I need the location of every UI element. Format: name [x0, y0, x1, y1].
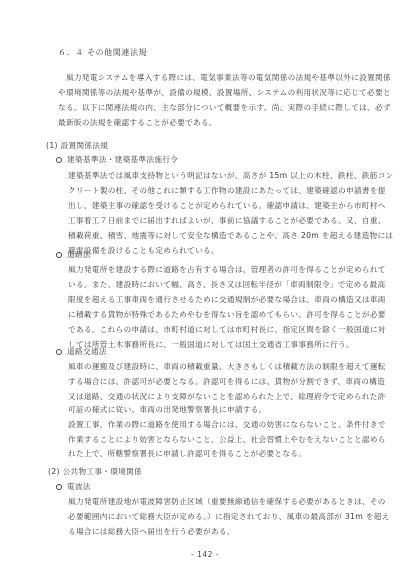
item-line: に積載する貨物が特殊であるためやむを得ない旨を認めてもらい、許可を得ることが必要: [68, 310, 386, 320]
item-line: 可証の様式に従い、車両の出発地警察署長に申請する。: [68, 405, 267, 415]
intro-line: なる。以下に関連法規の内、主な部分について概要を示す。尚、実際の手続に際しては、…: [58, 103, 391, 113]
item-line: 風車の運搬及び建設時に、車両の積載重量、大きさもしくは積載方法の制限を超えて運転: [68, 362, 386, 372]
item-line: 作業することにより妨害とならないこと、公益上、社会習慣上やむをえないことと認めら: [68, 435, 386, 445]
item-title: 道路法: [56, 250, 91, 260]
item-title: 電波法: [56, 482, 91, 492]
item-line: 建築基準法では風車支持物という明記はないが、高さが 15m 以上の木柱、鉄柱、鉄…: [68, 171, 394, 181]
item-line: 必要範囲内において総務大臣が定める。）に指定されており、風車の最高部が 31m …: [68, 512, 390, 522]
item-line: 設置工事、作業の際に道路を使用する場合には、交通の妨害にならないこと、条件付きで: [68, 420, 386, 430]
item-line: 風力発電所建設地が電波障害防止区域（重要無線通信を確保する必要があるときは、その: [68, 497, 386, 507]
item-line: る場合には総務大臣へ届出を行う必要がある。: [68, 527, 235, 537]
item-title: 建築基準法・建築基準法施行令: [56, 155, 178, 165]
item-line: 限度を超える工事車両を通行させるために交通規制が必要な場合は、車両の構造又は車両: [68, 295, 386, 305]
circle-bullet-icon: [56, 157, 62, 163]
subsection-heading: (1) 設置関係法規: [46, 141, 108, 151]
item-line: れた上で、所轄警察署長に申請し許認可を得ることが必要となる。: [68, 449, 306, 459]
item-line: 出し、建築主事の確認を受けることが定められている。確認申請は、建築主から市町村へ: [68, 201, 386, 211]
circle-bullet-icon: [56, 252, 62, 258]
section-title: ６．４ その他関連法規: [58, 48, 147, 58]
subsection-heading: (2) 公共物工事・環境関係: [48, 467, 142, 477]
intro-line: や環境関係等の法規や基準が、設備の規模、設置場所、システムの利用状況等に応じて必…: [58, 88, 391, 98]
circle-bullet-icon: [56, 484, 62, 490]
intro-line: 最新版の法規を確認することが必要である。: [58, 118, 217, 128]
document-page: ６．４ その他関連法規 風力発電システムを導入する際には、電気事業法等の電気関係…: [0, 0, 410, 580]
item-line: クリート製の柱、その他これに類する工作物の建設にあたっては、建築確認の申請書を提: [68, 186, 386, 196]
item-line: 積載荷重、積雪、地震等に対して安全な構造であることや、高さ 20m を超える建造…: [68, 231, 393, 241]
item-line: 工事着工７日前までに届出すればよいが、事前に協議することが必要である。又、自重、: [68, 216, 386, 226]
page-number: - 142 -: [0, 550, 410, 559]
circle-bullet-icon: [56, 349, 62, 355]
intro-line: 風力発電システムを導入する際には、電気事業法等の電気関係の法規や基準以外に設置関…: [66, 73, 391, 83]
item-line: いる。また、建設時において幅、高さ、長さ又は回転半径が「車両制限令」で定める最高: [68, 280, 385, 290]
item-line: 風力発電所を建設する際に道路を占有する場合は、管理者の許可を得ることが定められて: [68, 265, 386, 275]
item-title: 道路交通法: [56, 347, 107, 357]
item-line: 又は道路、交通の状況により支障がないことを認められた上で、総理府令で定められた許: [68, 392, 386, 402]
item-line: しては所管土木事務所長に、一般国道に対しては国土交通省工事事務所に行う。: [68, 340, 354, 350]
item-line: である。これらの申請は、市町村道に対しては市町村長に、指定区間を除く一般国道に対: [68, 325, 386, 335]
item-line: する場合には、許認可が必要となる。許認可を得るには、貨物が分割できず、車両の構造: [68, 377, 385, 387]
